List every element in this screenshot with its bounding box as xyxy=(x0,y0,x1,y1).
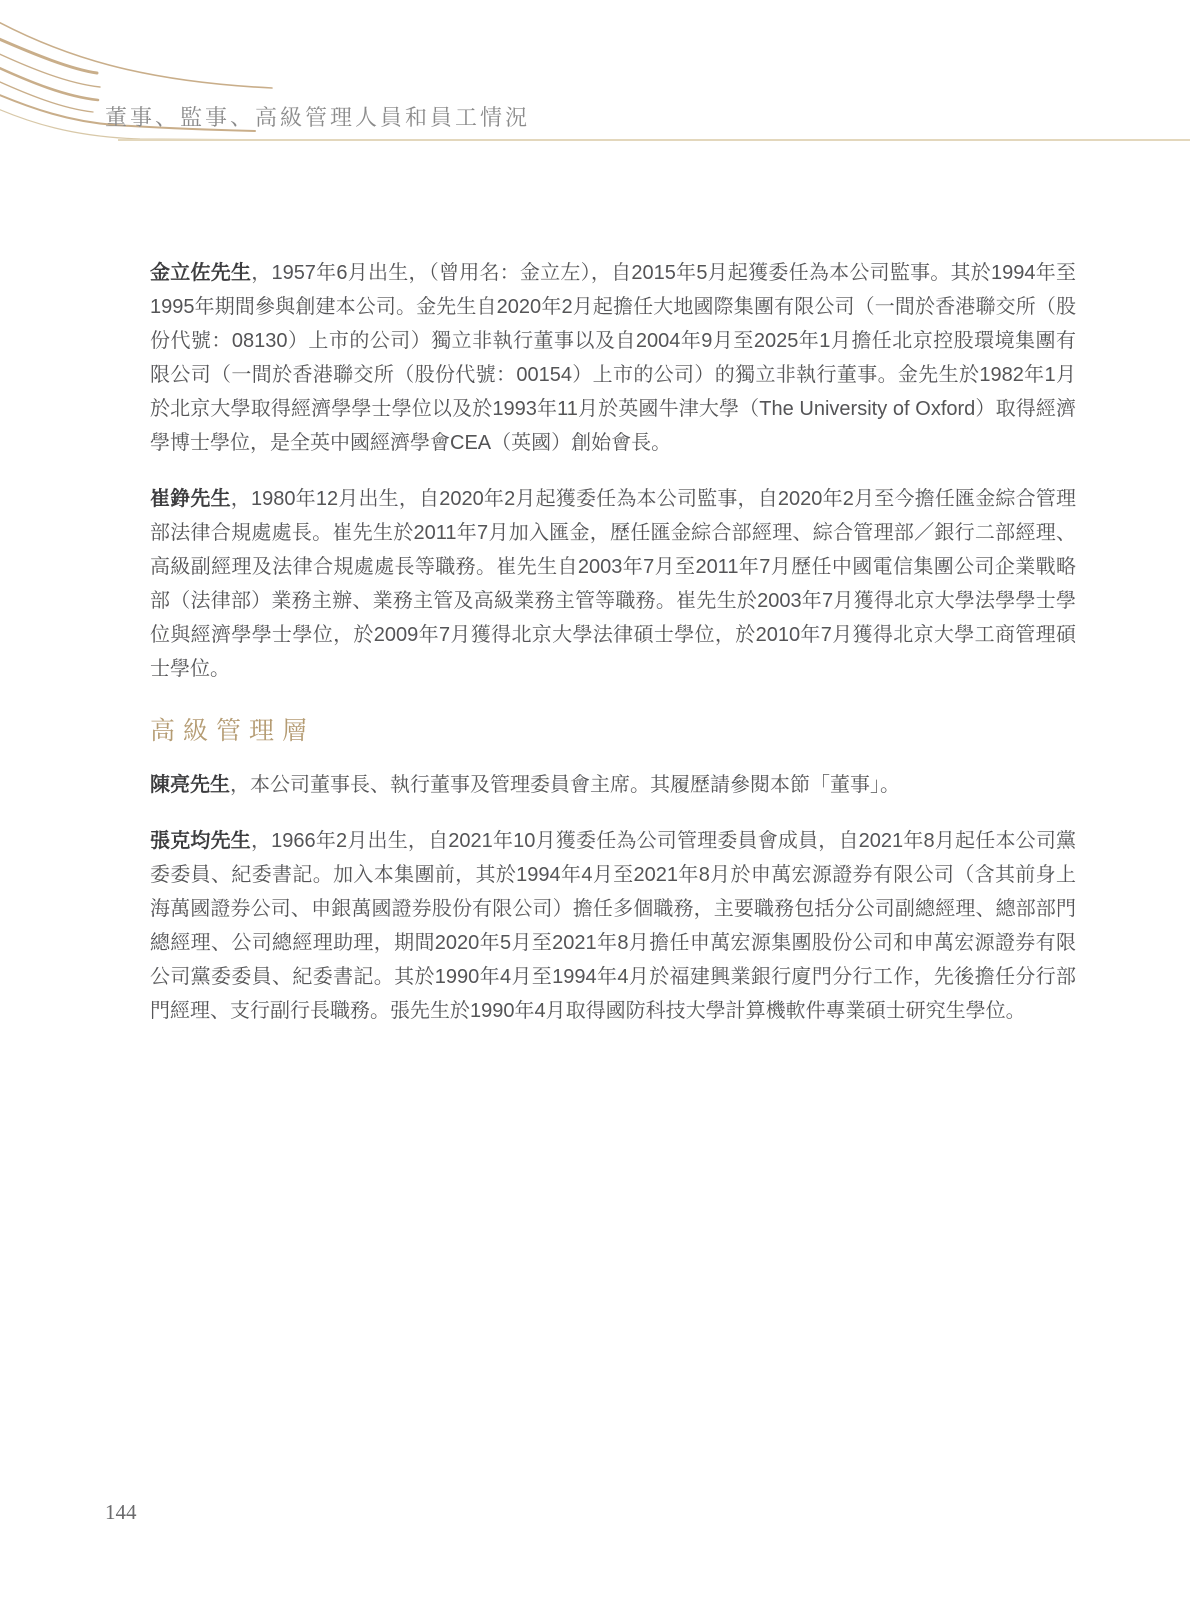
header-divider xyxy=(118,139,1190,141)
person-name: 金立佐先生 xyxy=(150,262,251,284)
decorative-swirl-icon xyxy=(0,0,1190,170)
person-name: 陳亮先生 xyxy=(150,774,230,796)
senior-bio-zhangkejun: 張克均先生，1966年2月出生，自2021年10月獲委任為公司管理委員會成員，自… xyxy=(150,824,1076,1028)
document-page: 董事、監事、高級管理人員和員工情況 金立佐先生，1957年6月出生，（曾用名：金… xyxy=(0,0,1190,1615)
person-name: 張克均先生 xyxy=(150,830,251,852)
section-heading-senior-management: 高級管理層 xyxy=(150,714,1076,748)
supervisor-bio-jinlizuo: 金立佐先生，1957年6月出生，（曾用名：金立左），自2015年5月起獲委任為本… xyxy=(150,256,1076,460)
bio-text: ，1980年12月出生，自2020年2月起獲委任為本公司監事，自2020年2月至… xyxy=(150,488,1076,680)
bio-text: ，1957年6月出生，（曾用名：金立左），自2015年5月起獲委任為本公司監事。… xyxy=(150,262,1076,454)
bio-text: ，本公司董事長、執行董事及管理委員會主席。其履歷請參閱本節「董事」。 xyxy=(230,774,900,796)
senior-bio-chenliang: 陳亮先生，本公司董事長、執行董事及管理委員會主席。其履歷請參閱本節「董事」。 xyxy=(150,768,1076,802)
bio-text: ，1966年2月出生，自2021年10月獲委任為公司管理委員會成員，自2021年… xyxy=(150,830,1076,1022)
page-title: 董事、監事、高級管理人員和員工情況 xyxy=(105,101,530,132)
page-number: 144 xyxy=(105,1500,137,1525)
supervisor-bio-cuizheng: 崔錚先生，1980年12月出生，自2020年2月起獲委任為本公司監事，自2020… xyxy=(150,482,1076,686)
person-name: 崔錚先生 xyxy=(150,488,231,510)
content-area: 金立佐先生，1957年6月出生，（曾用名：金立左），自2015年5月起獲委任為本… xyxy=(150,256,1076,1050)
